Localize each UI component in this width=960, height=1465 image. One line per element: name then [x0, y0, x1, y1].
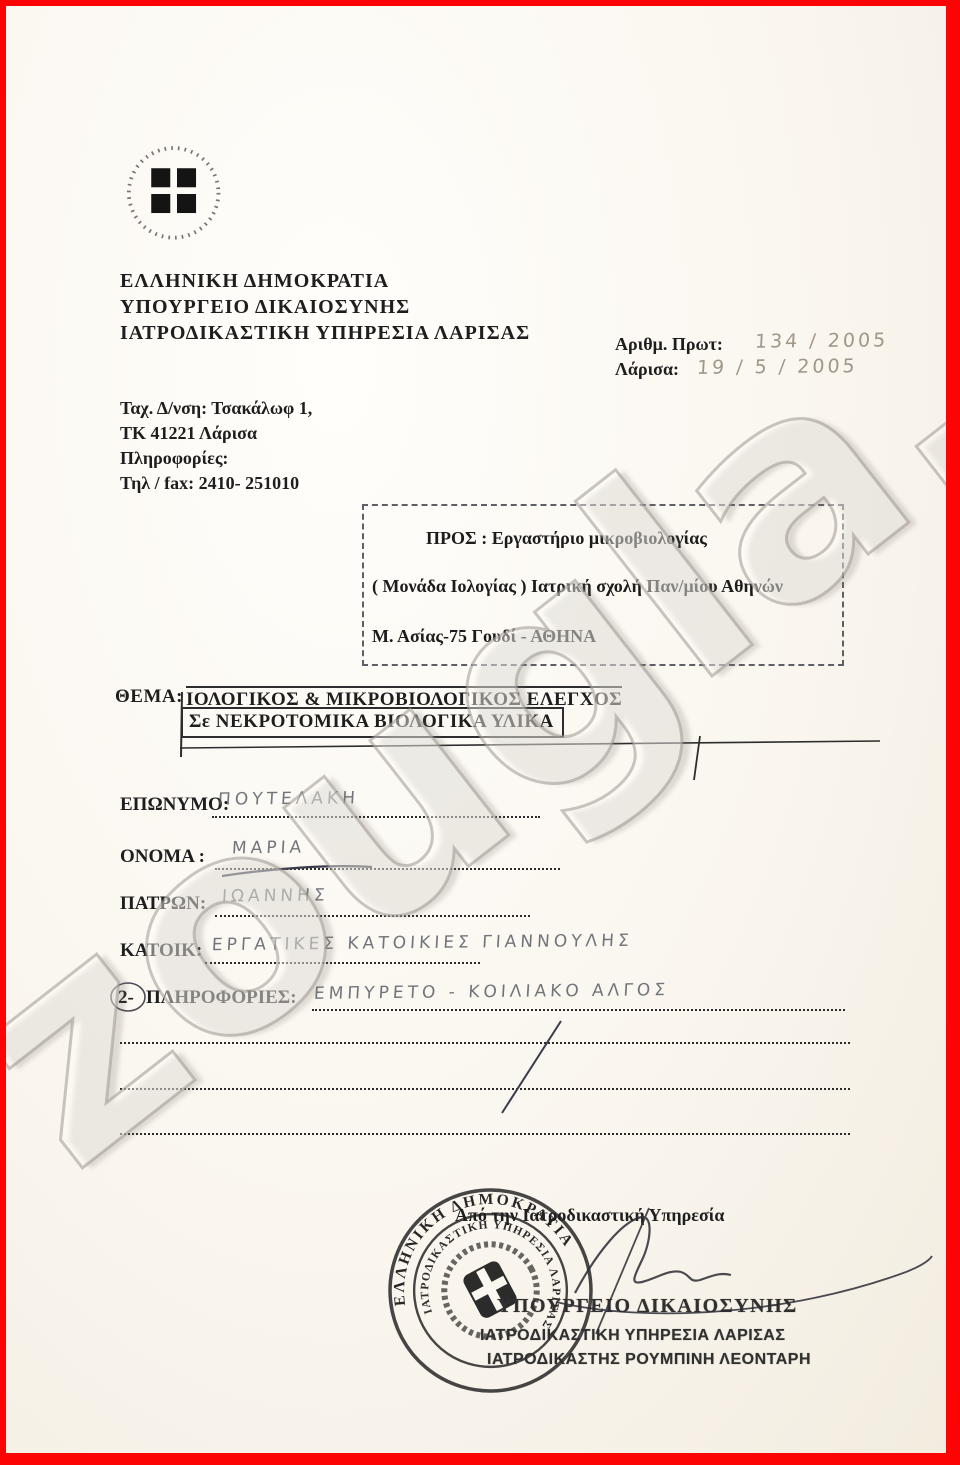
emblem-wreath-circle	[129, 148, 219, 238]
contact-postal: ΤΚ 41221 Λάρισα	[120, 421, 312, 446]
contact-block: Ταχ. Δ/νση: Τσακάλωφ 1, ΤΚ 41221 Λάρισα …	[120, 396, 312, 496]
name-value: ΜΑΡΙΑ	[231, 838, 305, 859]
name-label: ΟΝΟΜΑ :	[120, 846, 205, 868]
residence-label: ΚΑΤΟΙΚ:	[120, 940, 202, 962]
father-value: ΙΩΑΝΝΗΣ	[221, 885, 329, 906]
blank-dotted-line-1	[120, 1022, 850, 1044]
info-value: ΕΜΠΥΡΕΤΟ - ΚΟΙΛΙΑΚΟ ΑΛΓΟΣ	[313, 980, 669, 1004]
header-ministry: ΥΠΟΥΡΓΕΙΟ ΔΙΚΑΙΟΣΥΝΗΣ	[120, 294, 530, 320]
subject-label: ΘΕΜΑ:	[115, 686, 183, 708]
header-service: ΙΑΤΡΟΔΙΚΑΣΤΙΚΗ ΥΠΗΡΕΣΙΑ ΛΑΡΙΣΑΣ	[120, 320, 530, 346]
signature-from-line: Από την Ιατροδικαστική Υπηρεσία	[455, 1205, 724, 1226]
recipient-to-line: ΠΡΟΣ : Εργαστήριο μικροβιολογίας	[426, 528, 707, 549]
stamp-ministry-line: ΥΠΟΥΡΓΕΙΟ ΔΙΚΑΙΟΣΥΝΗΣ	[497, 1295, 798, 1318]
blank-dotted-line-3	[120, 1113, 850, 1135]
recipient-dept-line: ( Μονάδα Ιολογίας ) Ιατρική σχολή Παν/μί…	[372, 576, 783, 597]
header-block: ΕΛΛΗΝΙΚΗ ΔΗΜΟΚΡΑΤΙΑ ΥΠΟΥΡΓΕΙΟ ΔΙΚΑΙΟΣΥΝΗ…	[120, 268, 530, 346]
recipient-box: ΠΡΟΣ : Εργαστήριο μικροβιολογίας ( Μονάδ…	[362, 504, 844, 666]
emblem-cross-squares	[151, 168, 196, 213]
stamp-examiner-line: ΙΑΤΡΟΔΙΚΑΣΤΗΣ ΡΟΥΜΠΙΝΗ ΛΕΟΝΤΑΡΗ	[487, 1351, 811, 1369]
protocol-date-value: 19 / 5 / 2005	[696, 355, 858, 379]
subject-line2: Σε ΝΕΚΡΟΤΟΜΙΚΑ ΒΙΟΛΟΓΙΚΑ ΥΛΙΚΑ	[181, 707, 564, 738]
father-label: ΠΑΤΡΩΝ:	[120, 893, 206, 915]
residence-value: ΕΡΓΑΤΙΚΕΣ ΚΑΤΟΙΚΙΕΣ ΓΙΑΝΝΟΥΛΗΣ	[211, 931, 633, 955]
subject-underline	[180, 741, 880, 748]
surname-value: ΠΟΥΤΕΛΑΚΗ	[217, 788, 359, 809]
header-republic: ΕΛΛΗΝΙΚΗ ΔΗΜΟΚΡΑΤΙΑ	[120, 268, 530, 294]
protocol-city-label: Λάρισα:	[615, 359, 679, 380]
blank-dotted-line-2	[120, 1068, 850, 1090]
info-label: ΠΛΗΡΟΦΟΡΙΕΣ:	[146, 987, 297, 1009]
round-official-seal: ΕΛΛΗΝΙΚΗ ΔΗΜΟΚΡΑΤΙΑ ΙΑΤΡΟΔΙΚΑΣΤΙΚΗ ΥΠΗΡΕ…	[345, 1145, 636, 1436]
stamp-service-line: ΙΑΤΡΟΔΙΚΑΣΤΙΚΗ ΥΠΗΡΕΣΙΑ ΛΑΡΙΣΑΣ	[480, 1327, 785, 1345]
info-prefix: 2-	[118, 987, 134, 1009]
greek-cross-emblem-icon	[118, 138, 236, 250]
contact-info-label: Πληροφορίες:	[120, 446, 312, 471]
subject-right-tick	[694, 736, 700, 780]
recipient-address-line: Μ. Ασίας-75 Γουδί - ΑΘΗΝΑ	[372, 626, 596, 647]
contact-phone: Τηλ / fax: 2410- 251010	[120, 471, 312, 496]
protocol-number-label: Αριθμ. Πρωτ:	[615, 334, 723, 355]
protocol-number-value: 134 / 2005	[754, 329, 889, 352]
contact-street: Ταχ. Δ/νση: Τσακάλωφ 1,	[120, 396, 312, 421]
scanned-document-page: ΕΛΛΗΝΙΚΗ ΔΗΜΟΚΡΑΤΙΑ ΥΠΟΥΡΓΕΙΟ ΔΙΚΑΙΟΣΥΝΗ…	[0, 0, 960, 1465]
